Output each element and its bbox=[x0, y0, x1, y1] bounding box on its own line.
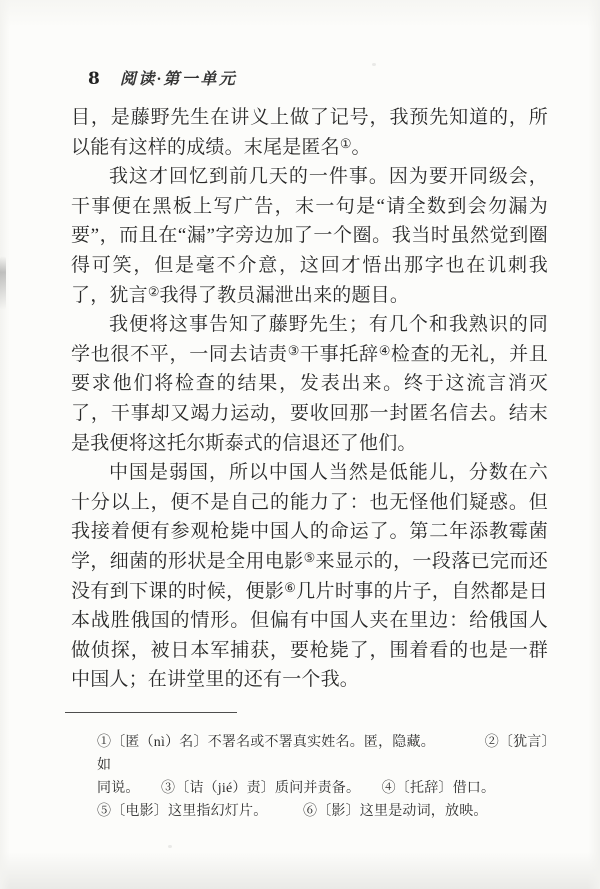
footnotes-block: ①〔匿（nì）名〕不署名或不署真实姓名。匿，隐藏。 ②〔犹言〕如 同说。 ③〔诘… bbox=[97, 731, 549, 823]
footnote-separator bbox=[65, 712, 237, 713]
page-header: 8阅读·第一单元 bbox=[88, 66, 545, 89]
paragraph-continuation: 目，是藤野先生在讲义上做了记号，我预先知道的，所以能有这样的成绩。末尾是匿名①。 bbox=[71, 103, 548, 162]
footnote-line: ①〔匿（nì）名〕不署名或不署真实姓名。匿，隐藏。 ②〔犹言〕如 bbox=[97, 731, 549, 777]
paragraph-recollection: 我这才回忆到前几天的一件事。因为要开同级会，干事便在黑板上写广告，末一句是“请全… bbox=[71, 162, 548, 310]
scan-speck bbox=[168, 845, 172, 848]
scan-speck bbox=[372, 63, 376, 66]
scan-speck bbox=[505, 550, 508, 553]
section-title: 阅读·第一单元 bbox=[120, 71, 238, 88]
body-text: 目，是藤野先生在讲义上做了记号，我预先知道的，所以能有这样的成绩。末尾是匿名①。… bbox=[71, 103, 548, 695]
footnote-line: 同说。 ③〔诘（jié）责〕质问并责备。 ④〔托辞〕借口。 bbox=[97, 777, 549, 800]
paragraph-weak-nation: 中国是弱国，所以中国人当然是低能儿，分数在六十分以上，便不是自己的能力了：也无怪… bbox=[71, 458, 548, 695]
scan-smudge bbox=[0, 256, 6, 310]
paragraph-fujino-letter: 我便将这事告知了藤野先生；有几个和我熟识的同学也很不平，一同去诘责③干事托辞④检… bbox=[71, 310, 548, 458]
textbook-page: 8阅读·第一单元 目，是藤野先生在讲义上做了记号，我预先知道的，所以能有这样的成… bbox=[0, 0, 600, 889]
footnote-line: ⑤〔电影〕这里指幻灯片。 ⑥〔影〕这里是动词，放映。 bbox=[97, 800, 549, 823]
page-number: 8 bbox=[88, 69, 100, 89]
